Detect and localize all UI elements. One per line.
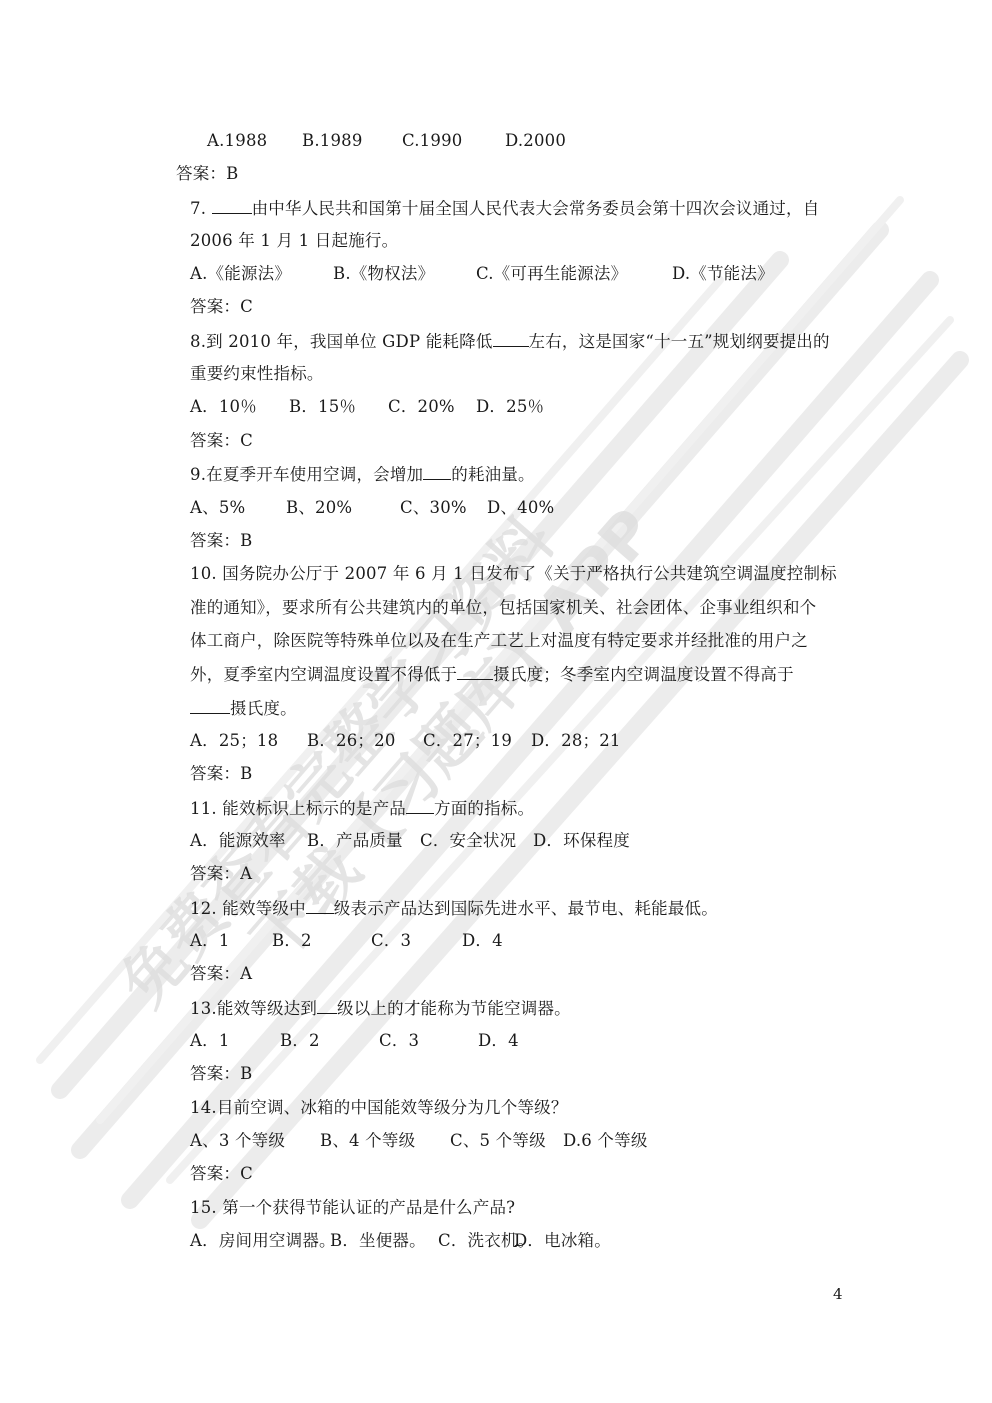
q11-answer: 答案：A (190, 863, 252, 885)
q7-option-b: B.《物权法》 (333, 263, 476, 285)
q12-text-part2: 级表示产品达到国际先进水平、最节电、耗能最低。 (334, 899, 718, 918)
q9-option-c: C、30% (400, 497, 487, 519)
q8-option-a: A．10％ (190, 396, 289, 418)
q11-option-a: A．能源效率 (190, 830, 307, 852)
q15-option-c: C．洗衣机。 (438, 1230, 514, 1252)
q11-text-part1: 11. 能效标识上标示的是产品 (190, 799, 406, 818)
q10-option-c: C．27；19 (423, 730, 531, 752)
q13-text-part1: 13.能效等级达到 (190, 999, 317, 1018)
q8-text-line1: 8.到 2010 年，我国单位 GDP 能耗降低左右，这是国家“十一五”规划纲要… (190, 330, 830, 353)
q9-option-a: A、5% (190, 497, 286, 519)
q8-option-b: B．15％ (289, 396, 388, 418)
q7-blank (212, 197, 252, 214)
q13-option-c: C．3 (379, 1030, 478, 1052)
q11-options: A．能源效率B．产品质量C．安全状况D．环保程度 (190, 830, 630, 852)
q13-text-part2: 级以上的才能称为节能空调器。 (337, 999, 571, 1018)
q7-text: 由中华人民共和国第十届全国人民代表大会常务委员会第十四次会议通过，自 (252, 199, 820, 218)
q10-blank-1 (457, 663, 493, 680)
q9-text-line1: 9.在夏季开车使用空调，会增加的耗油量。 (190, 463, 535, 486)
q10-text-part3: 摄氏度。 (230, 699, 297, 718)
q12-answer: 答案：A (190, 963, 252, 985)
q10-answer: 答案：B (190, 763, 252, 785)
q15-options: A．房间用空调器。B．坐便器。C．洗衣机。D．电冰箱。 (190, 1230, 611, 1252)
q15-option-a: A．房间用空调器。 (190, 1230, 330, 1252)
q11-option-b: B．产品质量 (307, 830, 420, 852)
q6-answer: 答案：B (176, 163, 238, 185)
q8-blank (493, 330, 529, 347)
q15-text-line1: 15. 第一个获得节能认证的产品是什么产品? (190, 1197, 515, 1219)
q7-text-line2: 2006 年 1 月 1 日起施行。 (190, 230, 398, 252)
q10-option-b: B．26；20 (307, 730, 423, 752)
q14-option-a: A、3 个等级 (190, 1130, 320, 1152)
q11-text-line1: 11. 能效标识上标示的是产品方面的指标。 (190, 797, 534, 820)
q10-option-a: A．25；18 (190, 730, 307, 752)
q7-text-line1: 7. 由中华人民共和国第十届全国人民代表大会常务委员会第十四次会议通过，自 (190, 197, 819, 220)
q14-option-d: D.6 个等级 (563, 1130, 648, 1152)
q10-text-line5: 摄氏度。 (190, 697, 297, 720)
q7-option-c: C.《可再生能源法》 (476, 263, 672, 285)
q10-blank-2 (190, 697, 230, 714)
q9-text-part1: 9.在夏季开车使用空调，会增加 (190, 465, 423, 484)
q10-options: A．25；18B．26；20C．27；19D．28；21 (190, 730, 621, 752)
q12-blank (306, 897, 334, 914)
q9-text-part2: 的耗油量。 (451, 465, 535, 484)
q8-text-part1: 8.到 2010 年，我国单位 GDP 能耗降低 (190, 332, 493, 351)
q8-text-line2: 重要约束性指标。 (190, 363, 324, 385)
q10-option-d: D．28；21 (531, 730, 621, 752)
q10-text-line3: 体工商户，除医院等特殊单位以及在生产工艺上对温度有特定要求并经批准的用户之 (190, 630, 808, 652)
document-page: A.1988B.1989C.1990D.2000 答案：B 7. 由中华人民共和… (0, 0, 992, 1403)
q14-option-c: C、5 个等级 (450, 1130, 563, 1152)
q14-answer: 答案：C (190, 1163, 253, 1185)
q12-options: A．1B．2C．3D．4 (190, 930, 503, 952)
q12-option-a: A．1 (190, 930, 272, 952)
q8-option-c: C．20% (388, 396, 476, 418)
q7-options: A.《能源法》B.《物权法》C.《可再生能源法》D.《节能法》 (190, 263, 774, 285)
q6-options: A.1988B.1989C.1990D.2000 (207, 130, 566, 152)
q13-option-b: B．2 (280, 1030, 379, 1052)
q13-option-a: A．1 (190, 1030, 280, 1052)
q13-blank (317, 997, 337, 1014)
q12-option-b: B．2 (272, 930, 371, 952)
q15-option-d: D．电冰箱。 (514, 1230, 611, 1252)
q11-text-part2: 方面的指标。 (434, 799, 534, 818)
q14-text-line1: 14.目前空调、冰箱的中国能效等级分为几个等级？ (190, 1097, 568, 1119)
q12-text-part1: 12. 能效等级中 (190, 899, 306, 918)
q13-text-line1: 13.能效等级达到级以上的才能称为节能空调器。 (190, 997, 571, 1020)
q8-options: A．10％B．15％C．20%D．25％ (190, 396, 544, 418)
q7-option-a: A.《能源法》 (190, 263, 333, 285)
q7-number: 7. (190, 199, 206, 218)
q12-option-d: D．4 (462, 930, 503, 952)
q14-option-b: B、4 个等级 (320, 1130, 450, 1152)
q8-option-d: D．25％ (476, 396, 544, 418)
q14-options: A、3 个等级B、4 个等级C、5 个等级D.6 个等级 (190, 1130, 648, 1152)
q13-option-d: D．4 (478, 1030, 519, 1052)
q9-option-b: B、20% (286, 497, 400, 519)
q15-option-b: B．坐便器。 (330, 1230, 438, 1252)
q10-text-part1: 外，夏季室内空调温度设置不得低于 (190, 665, 457, 684)
q9-answer: 答案：B (190, 530, 252, 552)
q6-option-c: C.1990 (402, 130, 505, 152)
q10-text-part2: 摄氏度；冬季室内空调温度设置不得高于 (493, 665, 794, 684)
q9-option-d: D、40% (487, 497, 554, 519)
q8-text-part2: 左右，这是国家“十一五”规划纲要提出的 (529, 332, 830, 351)
q6-option-a: A.1988 (207, 130, 302, 152)
q11-blank (406, 797, 434, 814)
q13-options: A．1B．2C．3D．4 (190, 1030, 519, 1052)
q10-text-line4: 外，夏季室内空调温度设置不得低于摄氏度；冬季室内空调温度设置不得高于 (190, 663, 794, 686)
q13-answer: 答案：B (190, 1063, 252, 1085)
q8-answer: 答案：C (190, 430, 253, 452)
q12-option-c: C．3 (371, 930, 462, 952)
q11-option-d: D．环保程度 (533, 830, 630, 852)
q10-text-line1: 10. 国务院办公厅于 2007 年 6 月 1 日发布了《关于严格执行公共建筑… (190, 563, 837, 585)
q9-options: A、5%B、20%C、30%D、40% (190, 497, 554, 519)
q7-answer: 答案：C (190, 296, 253, 318)
q6-option-d: D.2000 (505, 130, 566, 152)
q10-text-line2: 准的通知》，要求所有公共建筑内的单位，包括国家机关、社会团体、企事业组织和个 (190, 597, 816, 619)
q9-blank (423, 463, 451, 480)
q12-text-line1: 12. 能效等级中级表示产品达到国际先进水平、最节电、耗能最低。 (190, 897, 718, 920)
q11-option-c: C．安全状况 (420, 830, 533, 852)
q7-option-d: D.《节能法》 (672, 263, 774, 285)
page-number: 4 (833, 1285, 843, 1303)
q6-option-b: B.1989 (302, 130, 402, 152)
